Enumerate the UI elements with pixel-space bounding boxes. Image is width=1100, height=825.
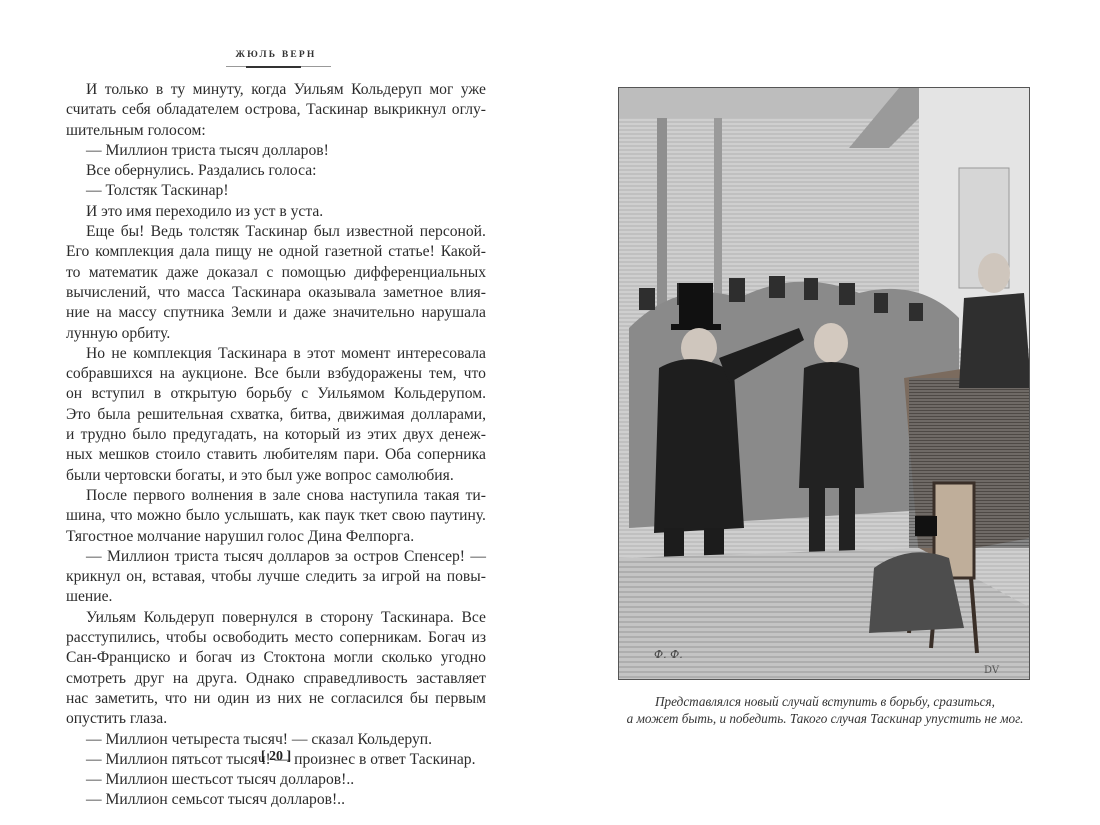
text-line: томатематикдажедоказалспомощьюдифференци… — [66, 263, 486, 283]
text-line: шение. — [66, 587, 486, 607]
caption-line: Представлялся новый случай вступить в бо… — [580, 693, 1070, 710]
text-line: Ещебы!ВедьтолстякТаскинарбылизвестнойпер… — [66, 222, 486, 242]
engraving-illustration: Ф. Ф. DV — [618, 87, 1030, 680]
text-line: УильямКольдерупповернулсявсторонуТаскина… — [66, 608, 486, 628]
text-line: насзаметить,чтониодинизнихнесогласилсябы… — [66, 689, 486, 709]
text-line: ныхмешковстоилоставитьлюбителямпари.Обас… — [66, 445, 486, 465]
page-number: [ 20 ] — [66, 749, 486, 765]
text-line: —МиллионтристатысячдолларовзаостровСпенс… — [66, 547, 486, 567]
text-line: считатьсебяобладателемострова,Таскинарвы… — [66, 100, 486, 120]
body-text: Итольковтуминуту,когдаУильямКольдерупмог… — [66, 80, 486, 811]
text-line: шина,чтоможнобылоуслышать,какпаукткетсво… — [66, 506, 486, 526]
right-page: Ф. Ф. DV Представлялся новый случай всту… — [560, 0, 1100, 825]
artist-signature: Ф. Ф. — [654, 648, 683, 661]
text-line: были чертовски богаты, и это был уже воп… — [66, 466, 486, 486]
text-line: лунную орбиту. — [66, 324, 486, 344]
header-rule-accent — [246, 66, 301, 68]
text-line: Итольковтуминуту,когдаУильямКольдерупмог… — [66, 80, 486, 100]
text-line: — Миллион четыреста тысяч! — сказал Коль… — [66, 730, 486, 750]
text-line: — Толстяк Таскинар! — [66, 181, 486, 201]
text-line: крикнулон,вставая,чтобылучшеследитьзаигр… — [66, 567, 486, 587]
text-line: смотретьдругнадруга.Однакосправедливость… — [66, 669, 486, 689]
engraver-monogram: DV — [984, 665, 1000, 676]
text-line: Все обернулись. Раздались голоса: — [66, 161, 486, 181]
text-line: вычислений,чтомассаТаскинараоказывалазам… — [66, 283, 486, 303]
text-line: Сан-ФранцискоибогачизСтоктонамоглискольк… — [66, 648, 486, 668]
text-line: Этобыларешительнаясхватка,битва,движимая… — [66, 405, 486, 425]
text-line: опустить глаза. — [66, 709, 486, 729]
text-line: онвступилвоткрытуюборьбусУильямомКольдер… — [66, 384, 486, 404]
running-head: ЖЮЛЬ ВЕРН — [66, 50, 486, 60]
text-line: собравшихсянааукционе.Всебыливзбудоражен… — [66, 364, 486, 384]
illustration-caption: Представлялся новый случай вступить в бо… — [580, 693, 1070, 727]
text-line: — Миллион шестьсот тысяч долларов!.. — [66, 770, 486, 790]
text-line: шительным голосом: — [66, 121, 486, 141]
text-line: Послепервоговолнениявзалеснованаступилат… — [66, 486, 486, 506]
text-line: — Миллион семьсот тысяч долларов!.. — [66, 790, 486, 810]
text-line: Тягостное молчание нарушил голос Дина Фе… — [66, 527, 486, 547]
text-line: расступились,чтобыосвободитьместосоперни… — [66, 628, 486, 648]
text-line: ниенамассуспутникаЗемлиидажезначительнон… — [66, 303, 486, 323]
auction-scene-image: Ф. Ф. DV — [619, 88, 1030, 680]
text-line: Егокомплекциядалапищунеоднойгазетнойстат… — [66, 242, 486, 262]
text-line: НонекомплекцияТаскинаравэтотмоментинтере… — [66, 344, 486, 364]
text-line: — Миллион триста тысяч долларов! — [66, 141, 486, 161]
caption-line: а может быть, и победить. Такого случая … — [580, 710, 1070, 727]
text-line: итруднобылопредугадать,накоторыйизэтихдв… — [66, 425, 486, 445]
left-page: ЖЮЛЬ ВЕРН Итольковтуминуту,когдаУильямКо… — [66, 0, 486, 825]
text-line: И это имя переходило из уст в уста. — [66, 202, 486, 222]
